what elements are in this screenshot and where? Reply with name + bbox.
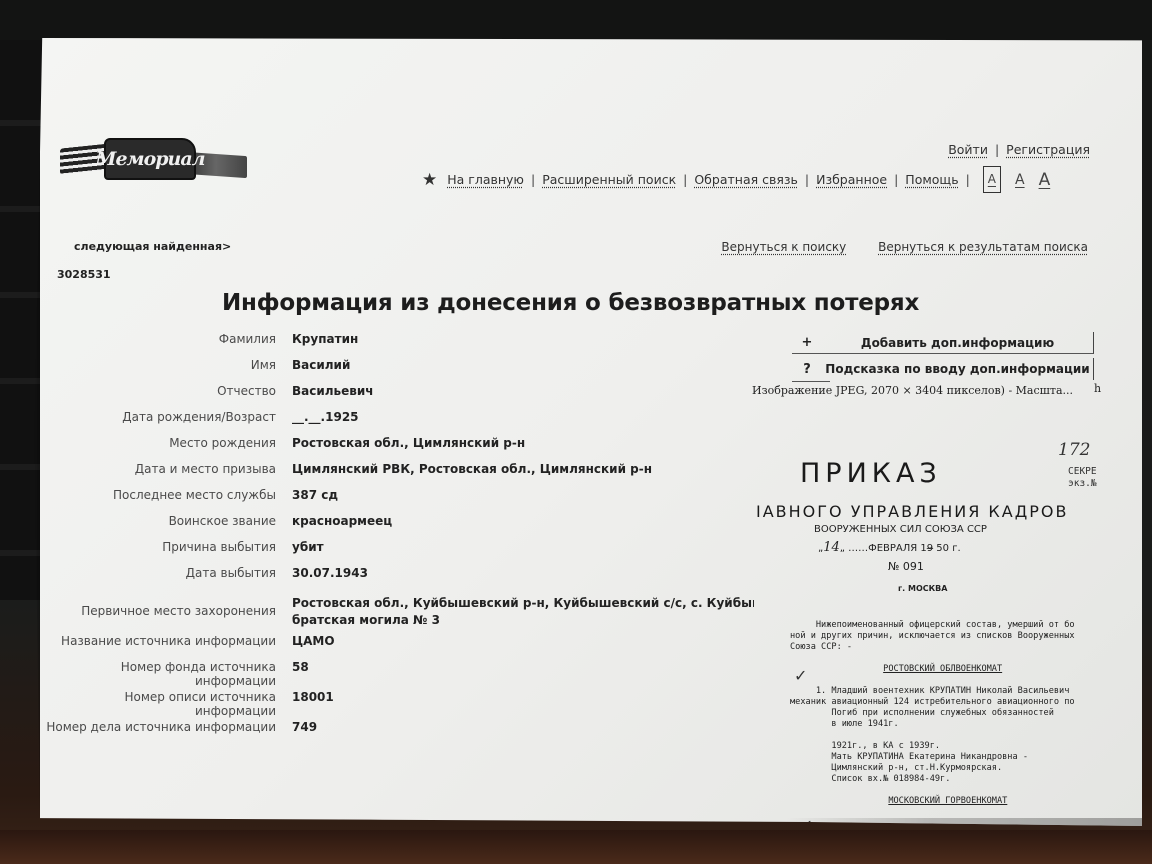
field-value: 30.07.1943 xyxy=(292,564,754,582)
field-value: ЦАМО xyxy=(292,632,754,650)
field-row-source-name: Название источника информацииЦАМО xyxy=(40,632,760,658)
back-links: Вернуться к поиску Вернуться к результат… xyxy=(693,240,1088,254)
field-label: Дата выбытия xyxy=(40,564,292,580)
field-value: Ростовская обл., Куйбышевский р-н, Куйбы… xyxy=(292,594,754,629)
record-actions: + Добавить доп.информацию ? Подсказка по… xyxy=(792,332,1094,380)
logo-text: Мемориал xyxy=(104,138,196,180)
field-value: Ростовская обл., Цимлянский р-н xyxy=(292,434,754,452)
field-row-fund: Номер фонда источника информации58 xyxy=(40,658,760,688)
field-row-birthdate: Дата рождения/Возраст__.__.1925 xyxy=(40,408,760,434)
separator: | xyxy=(995,142,999,157)
back-to-results-link[interactable]: Вернуться к результатам поиска xyxy=(878,240,1088,254)
keyboard-edge xyxy=(0,40,42,600)
field-value: Василий xyxy=(292,356,754,374)
separator: | xyxy=(531,172,535,187)
image-caption-suffix: h xyxy=(1094,382,1101,395)
field-label: Отчество xyxy=(40,382,292,398)
printed-page: Мемориал Войти|Регистрация ★ На главную … xyxy=(40,38,1142,834)
field-row-burial: Первичное место захороненияРостовская об… xyxy=(40,590,760,632)
font-size-switcher: A A A xyxy=(979,166,1050,193)
font-size-small-button[interactable]: A xyxy=(983,166,1001,193)
login-link[interactable]: Войти xyxy=(948,142,988,157)
date-rest: ФЕВРАЛЯ 19̶ 50 г. xyxy=(868,543,961,554)
field-row-birthplace: Место рожденияРостовская обл., Цимлянски… xyxy=(40,434,760,460)
field-value: 387 сд xyxy=(292,486,754,504)
field-row-surname: ФамилияКрупатин xyxy=(40,330,760,356)
field-label: Имя xyxy=(40,356,292,372)
auth-links: Войти|Регистрация xyxy=(948,142,1090,157)
field-row-rank: Воинское званиекрасноармеец xyxy=(40,512,760,538)
separator: | xyxy=(894,172,898,187)
forces-heading: ВООРУЖЕННЫХ СИЛ СОЮЗА ССР xyxy=(814,524,987,535)
burial-line-2: братская могила № 3 xyxy=(292,612,754,629)
field-value: Васильевич xyxy=(292,382,754,400)
font-size-medium-button[interactable]: A xyxy=(1015,172,1025,188)
question-icon: ? xyxy=(792,362,822,377)
handwritten-number: 172 xyxy=(1058,440,1090,460)
register-link[interactable]: Регистрация xyxy=(1006,142,1090,157)
nav-favorites[interactable]: Избранное xyxy=(816,172,887,187)
order-city: г. МОСКВА xyxy=(898,584,947,593)
field-label: Номер дела источника информации xyxy=(40,718,292,734)
section-heading: РОСТОВСКИЙ ОБЛВОЕНКОМАТ xyxy=(883,664,1002,674)
order-body: Нижепоименованный офицерский состав, уме… xyxy=(790,620,1142,807)
field-label: Первичное место захоронения xyxy=(40,594,292,618)
field-value: Крупатин xyxy=(292,330,754,348)
checkmark-icon: ✓ xyxy=(794,666,807,685)
field-row-reason: Причина выбытияубит xyxy=(40,538,760,564)
field-row-file: Номер дела источника информации749 xyxy=(40,718,760,744)
date-day: 14 xyxy=(823,540,840,555)
nav-advanced-search[interactable]: Расширенный поиск xyxy=(542,172,676,187)
separator: | xyxy=(966,172,970,187)
secret-stamp: СЕКРЕ экз.№ xyxy=(1068,466,1097,490)
site-logo[interactable]: Мемориал xyxy=(60,132,250,190)
next-found-link[interactable]: следующая найденная> xyxy=(74,240,231,253)
field-value: красноармеец xyxy=(292,512,754,530)
order-title: ПРИКАЗ xyxy=(800,458,942,489)
field-label: Последнее место службы xyxy=(40,486,292,502)
order-entry: 1. Младший воентехник КРУПАТИН Николай В… xyxy=(790,686,1075,784)
scanned-document-image[interactable]: 172 ПРИКАЗ СЕКРЕ экз.№ ІАВНОГО УПРАВЛЕНИ… xyxy=(756,438,1142,834)
field-label: Фамилия xyxy=(40,330,292,346)
background-surface xyxy=(0,0,1152,40)
field-row-inventory: Номер описи источника информации18001 xyxy=(40,688,760,718)
font-size-large-button[interactable]: A xyxy=(1039,170,1051,190)
add-info-label: Добавить доп.информацию xyxy=(822,336,1093,350)
order-date: „14„ ……ФЕВРАЛЯ 19̶ 50 г. xyxy=(818,540,961,555)
burial-line-1: Ростовская обл., Куйбышевский р-н, Куйбы… xyxy=(292,595,754,612)
separator: | xyxy=(683,172,687,187)
field-value: Цимлянский РВК, Ростовская обл., Цимлянс… xyxy=(292,460,754,478)
nav-help[interactable]: Помощь xyxy=(905,172,958,187)
field-label: Воинское звание xyxy=(40,512,292,528)
star-icon: ★ xyxy=(422,170,437,190)
field-label: Причина выбытия xyxy=(40,538,292,554)
nav-home[interactable]: На главную xyxy=(447,172,524,187)
back-to-search-link[interactable]: Вернуться к поиску xyxy=(721,240,846,254)
field-row-last-unit: Последнее место службы387 сд xyxy=(40,486,760,512)
field-label: Дата и место призыва xyxy=(40,460,292,476)
plus-icon: + xyxy=(792,335,822,350)
order-intro: Нижепоименованный офицерский состав, уме… xyxy=(790,620,1075,652)
field-value: __.__.1925 xyxy=(292,408,754,426)
department-heading: ІАВНОГО УПРАВЛЕНИЯ КАДРОВ xyxy=(756,502,1068,521)
record-fields: ФамилияКрупатин ИмяВасилий ОтчествоВасил… xyxy=(40,330,760,744)
nav-feedback[interactable]: Обратная связь xyxy=(694,172,798,187)
main-nav: ★ На главную | Расширенный поиск | Обрат… xyxy=(422,166,1050,193)
field-value: убит xyxy=(292,538,754,556)
field-row-patronymic: ОтчествоВасильевич xyxy=(40,382,760,408)
section-heading: МОСКОВСКИЙ ГОРВОЕНКОМАТ xyxy=(888,796,1007,806)
page-title: Информация из донесения о безвозвратных … xyxy=(222,290,919,316)
field-row-date-out: Дата выбытия30.07.1943 xyxy=(40,564,760,590)
input-hint-button[interactable]: ? Подсказка по вводу доп.информации xyxy=(792,358,1094,380)
field-label: Дата рождения/Возраст xyxy=(40,408,292,424)
field-label: Место рождения xyxy=(40,434,292,450)
field-value: 18001 xyxy=(292,688,754,706)
record-id: 3028531 xyxy=(57,268,111,281)
field-row-conscription: Дата и место призываЦимлянский РВК, Рост… xyxy=(40,460,760,486)
separator: | xyxy=(805,172,809,187)
order-number: № 091 xyxy=(888,560,924,573)
field-value: 58 xyxy=(292,658,754,676)
field-label: Название источника информации xyxy=(40,632,292,648)
field-label: Номер описи источника информации xyxy=(40,688,292,718)
desk-surface xyxy=(0,830,1152,864)
field-row-name: ИмяВасилий xyxy=(40,356,760,382)
image-caption: Изображение JPEG, 2070 × 3404 пикселов) … xyxy=(752,384,1073,397)
add-info-button[interactable]: + Добавить доп.информацию xyxy=(792,332,1094,354)
field-value: 749 xyxy=(292,718,754,736)
input-hint-label: Подсказка по вводу доп.информации xyxy=(822,362,1093,376)
field-label: Номер фонда источника информации xyxy=(40,658,292,688)
